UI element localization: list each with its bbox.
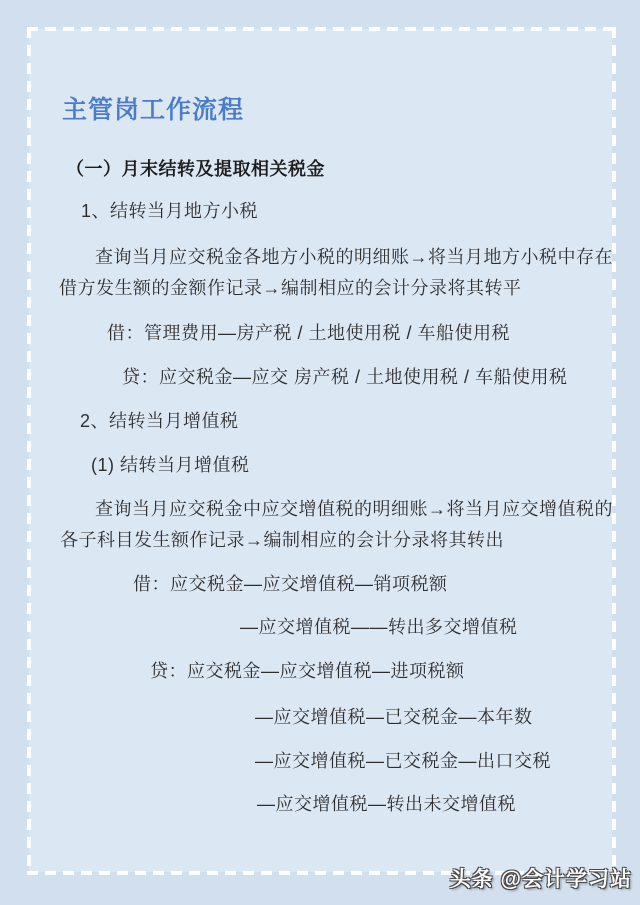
dashed-border-left: [27, 27, 31, 875]
item2-sub1-heading: (1) 结转当月增值税: [91, 453, 250, 477]
section1-heading: （一）月末结转及提取相关税金: [66, 157, 325, 181]
item2-credit-entry-2: —应交增值税—已交税金—本年数: [255, 705, 533, 729]
item1-paragraph-line1: 查询当月应交税金各地方小税的明细账→将当月地方小税中存在: [95, 245, 613, 269]
item1-heading: 1、结转当月地方小税: [81, 199, 258, 223]
page-title: 主管岗工作流程: [62, 95, 244, 125]
dashed-border-right: [612, 27, 616, 875]
item1-credit-entry: 贷：应交税金—应交 房产税 / 土地使用税 / 车船使用税: [122, 365, 568, 389]
item2-paragraph-line2: 各子科目发生额作记录→编制相应的会计分录将其转出: [60, 528, 504, 552]
item2-credit-entry-3: —应交增值税—已交税金—出口交税: [255, 749, 551, 773]
item2-credit-entry-4: —应交增值税—转出未交增值税: [257, 792, 516, 816]
item2-paragraph-line1: 查询当月应交税金中应交增值税的明细账→将当月应交增值税的: [95, 497, 613, 521]
watermark-text: 头条 @会计学习站: [450, 863, 632, 893]
item2-debit-entry-2: —应交增值税——转出多交增值税: [240, 615, 518, 639]
item2-heading: 2、结转当月增值税: [80, 409, 239, 433]
content-panel: [29, 29, 612, 872]
item1-debit-entry: 借：管理费用—房产税 / 土地使用税 / 车船使用税: [107, 321, 510, 345]
item1-paragraph-line2: 借方发生额的金额作记录→编制相应的会计分录将其转平: [59, 276, 522, 300]
dashed-border-top: [27, 27, 616, 31]
item2-credit-entry-1: 贷：应交税金—应交增值税—进项税额: [150, 659, 465, 683]
document-page: 主管岗工作流程 （一）月末结转及提取相关税金 1、结转当月地方小税 查询当月应交…: [0, 0, 640, 905]
item2-debit-entry-1: 借：应交税金—应交增值税—销项税额: [133, 572, 448, 596]
